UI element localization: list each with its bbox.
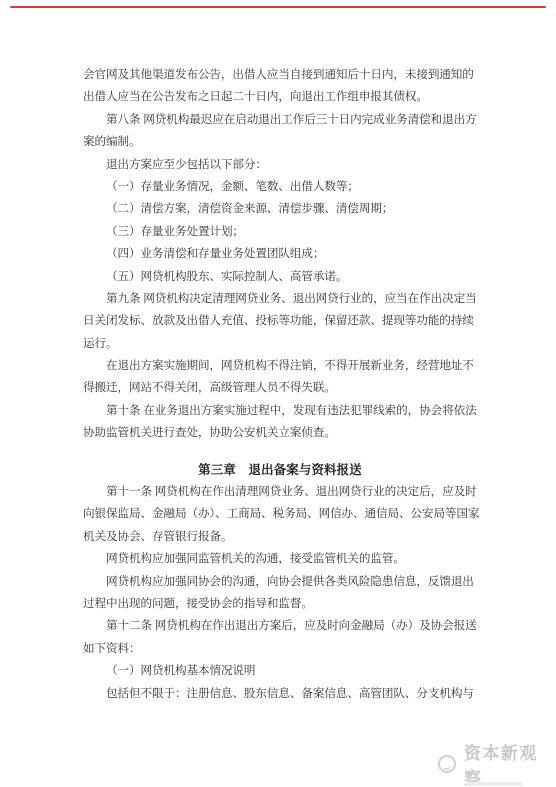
text-line: 过程中出现的问题，接受协会的指导和监督。 [83,593,477,615]
watermark-brand-text: 资本新观察 [464,739,556,787]
brand-logo-icon [438,755,456,773]
text-line: 第十条 在业务退出方案实施过程中，发现有违法犯罪线索的，协会将依法 [83,400,477,422]
text-line: 网贷机构应加强同协会的沟通，向协会提供各类风险隐患信息，反馈退出 [83,571,477,593]
document-body: 会官网及其他渠道发布公告，出借人应当自接到通知后十日内，未接到通知的出借人应当在… [83,64,477,705]
red-divider-line [10,6,546,8]
text-line: 第九条 网贷机构决定清理网贷业务、退出网贷行业的，应当在作出决定当 [83,288,477,310]
text-line: 向银保监局、金融局（办）、工商局、税务局、网信办、通信局、公安局等国家 [83,503,477,525]
document-page: 会官网及其他渠道发布公告，出借人应当自接到通知后十日内，未接到通知的出借人应当在… [0,0,556,787]
text-line: 案的编制。 [83,131,477,153]
text-line: 在退出方案实施期间，网贷机构不得注销，不得开展新业务，经营地址不 [83,355,477,377]
text-line: （四）业务清偿和存量业务处置团队组成； [83,243,477,265]
text-line: 运行。 [83,333,477,355]
bottom-shadow [467,782,522,786]
text-line: 第八条 网贷机构最迟应在启动退出工作后三十日内完成业务清偿和退出方 [83,109,477,131]
text-line: 第十一条 网贷机构在作出清理网贷业务、退出网贷行业的决定后，应及时 [83,481,477,503]
text-line: 协助监管机关进行查处，协助公安机关立案侦查。 [83,422,477,444]
text-line: （五）网贷机构股东、实际控制人、高管承诺。 [83,266,477,288]
text-line: 退出方案应至少包括以下部分： [83,154,477,176]
chapter-heading: 第三章 退出备案与资料报送 [83,459,477,481]
text-line: 包括但不限于：注册信息、股东信息、备案信息、高管团队、分支机构与 [83,683,477,705]
text-line: （一）存量业务情况，金额、笔数、出借人数等； [83,176,477,198]
text-line: （三）存量业务处置计划； [83,221,477,243]
text-line: 如下资料： [83,638,477,660]
text-line: 机关及协会、存管银行报备。 [83,526,477,548]
text-line: 日关闭发标、放款及出借人充值、投标等功能，保留还款、提现等功能的持续 [83,310,477,332]
text-line: 出借人应当在公告发布之日起二十日内，向退出工作组申报其债权。 [83,86,477,108]
text-line: 会官网及其他渠道发布公告，出借人应当自接到通知后十日内，未接到通知的 [83,64,477,86]
text-line: 网贷机构应加强同监管机关的沟通，接受监管机关的监管。 [83,548,477,570]
watermark: 资本新观察 [438,751,556,777]
text-line: 第十二条 网贷机构在作出退出方案后，应及时向金融局（办）及协会报送 [83,615,477,637]
text-line: 得搬迁，网站不得关闭，高级管理人员不得失联。 [83,377,477,399]
text-line: （一）网贷机构基本情况说明 [83,660,477,682]
text-line: （二）清偿方案，清偿资金来源、清偿步骤、清偿周期； [83,198,477,220]
